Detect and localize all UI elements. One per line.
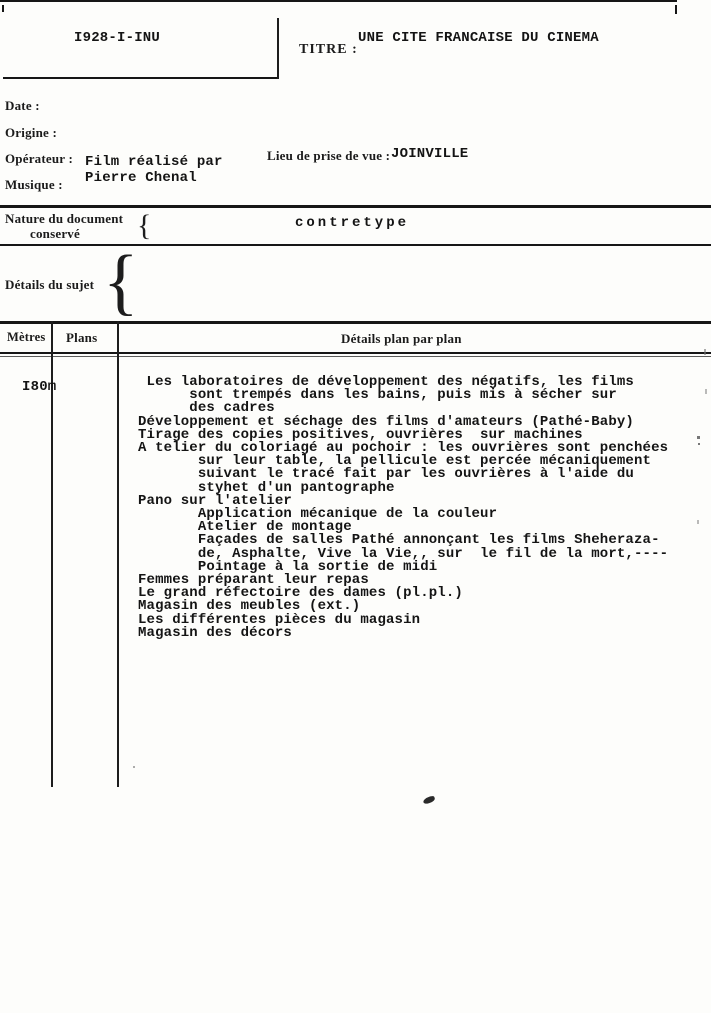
lieu-value: JOINVILLE: [391, 146, 468, 162]
catalog-card-page: I928-I-INU TITRE : UNE CITE FRANCAISE DU…: [0, 0, 711, 1013]
scan-speck: [705, 389, 707, 394]
table-header-bottom-rule: [0, 352, 711, 354]
scan-speck: [697, 520, 699, 524]
details-sujet-label: Détails du sujet: [5, 277, 94, 293]
column-header-metres: Mètres: [7, 330, 45, 345]
details-plan-par-plan-text: Les laboratoires de développement des né…: [138, 376, 668, 640]
nature-label-line1: Nature du document: [5, 211, 123, 227]
scan-speck: [704, 349, 706, 355]
scan-speck: [698, 443, 700, 445]
nature-value: contretype: [295, 215, 409, 231]
column-header-plans: Plans: [66, 330, 97, 346]
code-box-right-border: [277, 18, 279, 79]
metres-value: I80m: [22, 379, 56, 395]
ink-smudge: [422, 795, 435, 804]
code-box-bottom-border: [3, 77, 278, 79]
titre-label: TITRE :: [299, 42, 358, 58]
top-rule-right-hook: [675, 5, 677, 14]
scan-speck: [697, 436, 700, 439]
table-column-divider-plans-details: [117, 321, 119, 787]
operateur-value-line2: Pierre Chenal: [85, 170, 197, 186]
operateur-label: Opérateur :: [5, 151, 73, 167]
table-header-bottom-rule-echo: [0, 356, 711, 357]
top-rule: [0, 0, 677, 2]
top-rule-left-tick: [2, 5, 4, 12]
titre-value: UNE CITE FRANCAISE DU CINEMA: [358, 30, 599, 46]
table-top-rule: [0, 321, 711, 324]
musique-label: Musique :: [5, 177, 63, 193]
origine-label: Origine :: [5, 125, 57, 141]
nature-brace: {: [137, 210, 151, 242]
archive-code: I928-I-INU: [74, 30, 160, 46]
nature-label-line2: conservé: [30, 226, 80, 242]
nature-band-top-rule: [0, 205, 711, 208]
operateur-value-line1: Film réalisé par: [85, 154, 223, 170]
scan-speck: [133, 766, 135, 768]
lieu-label: Lieu de prise de vue :: [267, 148, 390, 164]
date-label: Date :: [5, 98, 40, 114]
details-sujet-brace: {: [103, 246, 139, 318]
column-header-details: Détails plan par plan: [341, 331, 462, 347]
